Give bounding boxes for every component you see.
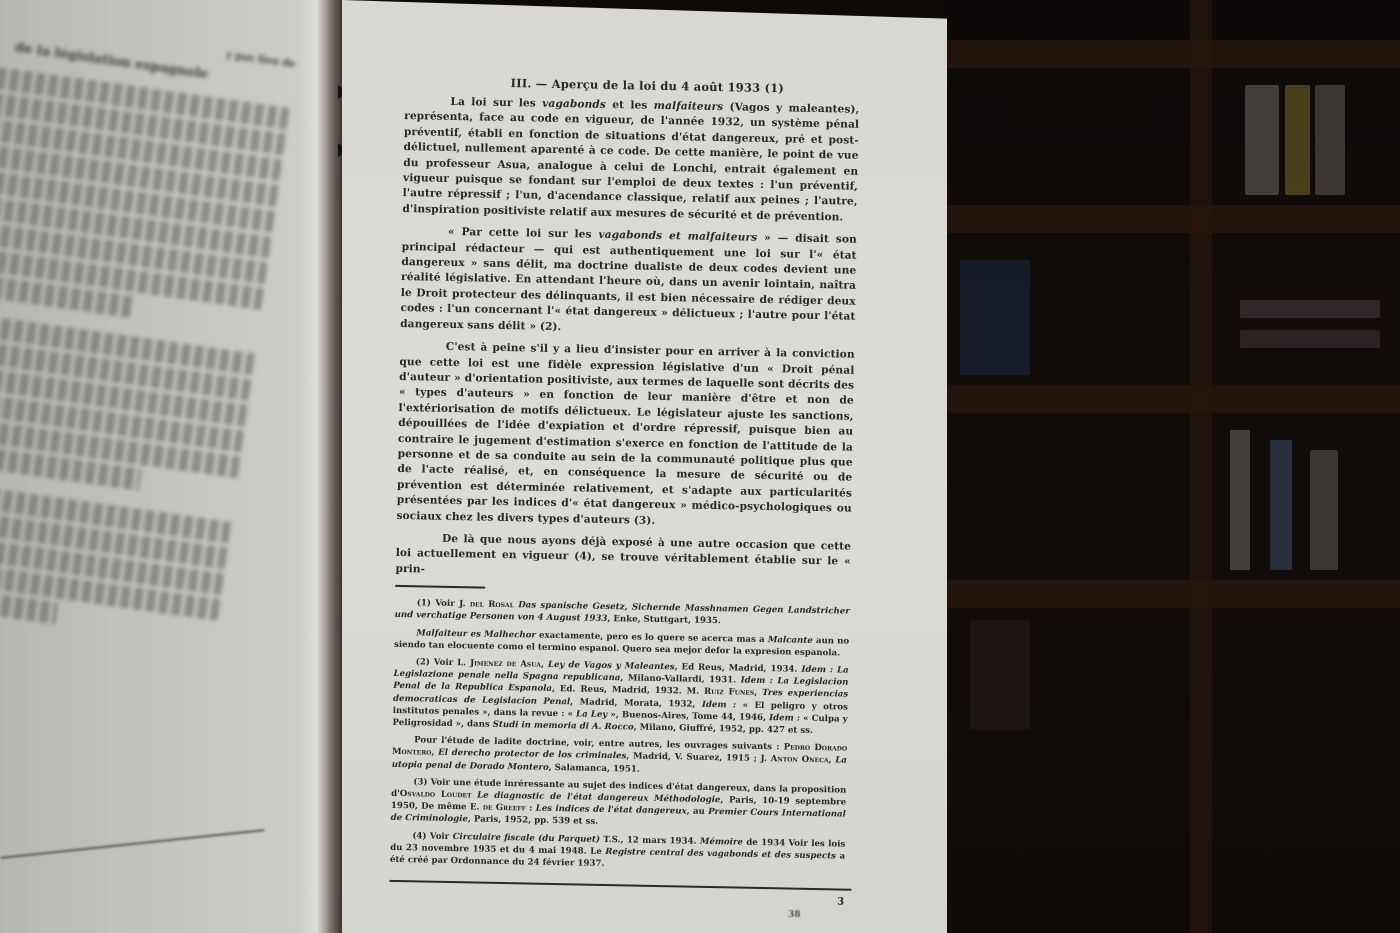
- book-spine: [1230, 430, 1250, 570]
- right-page-content: III. — Aperçu de la loi du 4 août 1933 (…: [389, 74, 860, 908]
- body-paragraph: C'est à peine s'il y a lieu d'insister p…: [396, 339, 854, 533]
- body-paragraph: La loi sur les vagabonds et les malfaite…: [402, 94, 859, 226]
- left-page: y pas lieu de de la législation espagnol…: [0, 0, 340, 933]
- book-stack: [1240, 300, 1380, 318]
- shelf-board: [940, 40, 1400, 68]
- footnote-divider: [395, 585, 485, 589]
- bleed-through-page-number: 38: [788, 910, 801, 920]
- book-spine: [970, 620, 1030, 730]
- book-stack: [1240, 330, 1380, 348]
- book-spine: [1285, 85, 1310, 195]
- footnote: Pour l'étude de ladite doctrine, voir, e…: [392, 734, 848, 779]
- shelf-post: [1190, 0, 1212, 933]
- footnote: (2) Voir L. Jimenez de Asua, Ley de Vago…: [392, 656, 848, 738]
- book-spine: [1315, 85, 1345, 195]
- book-gutter: [300, 0, 348, 933]
- footnote: (1) Voir J. del Rosal Das spanische Gese…: [394, 597, 849, 630]
- shelf-board: [940, 385, 1400, 413]
- footnote: (3) Voir une étude inréressante au sujet…: [391, 776, 847, 834]
- footnote: (4) Voir Circulaire fiscale (du Parquet)…: [390, 830, 846, 875]
- background-bookshelf: [940, 0, 1400, 933]
- book-spine: [1245, 85, 1279, 195]
- body-paragraph: « Par cette loi sur les vagabonds et mal…: [400, 224, 857, 341]
- book-spine: [1310, 450, 1338, 570]
- book-spine: [1270, 440, 1292, 570]
- body-paragraph: De là que nous ayons déjà exposé à une a…: [395, 531, 851, 586]
- book-spine: [960, 260, 1030, 375]
- left-page-footer-rule: [1, 829, 265, 859]
- shelf-board: [940, 580, 1400, 608]
- shelf-board: [940, 205, 1400, 233]
- left-page-blurred-text: y pas lieu de de la législation espagnol…: [0, 10, 297, 651]
- footnote: Malfaiteur es Malhechor exactamente, per…: [394, 626, 849, 659]
